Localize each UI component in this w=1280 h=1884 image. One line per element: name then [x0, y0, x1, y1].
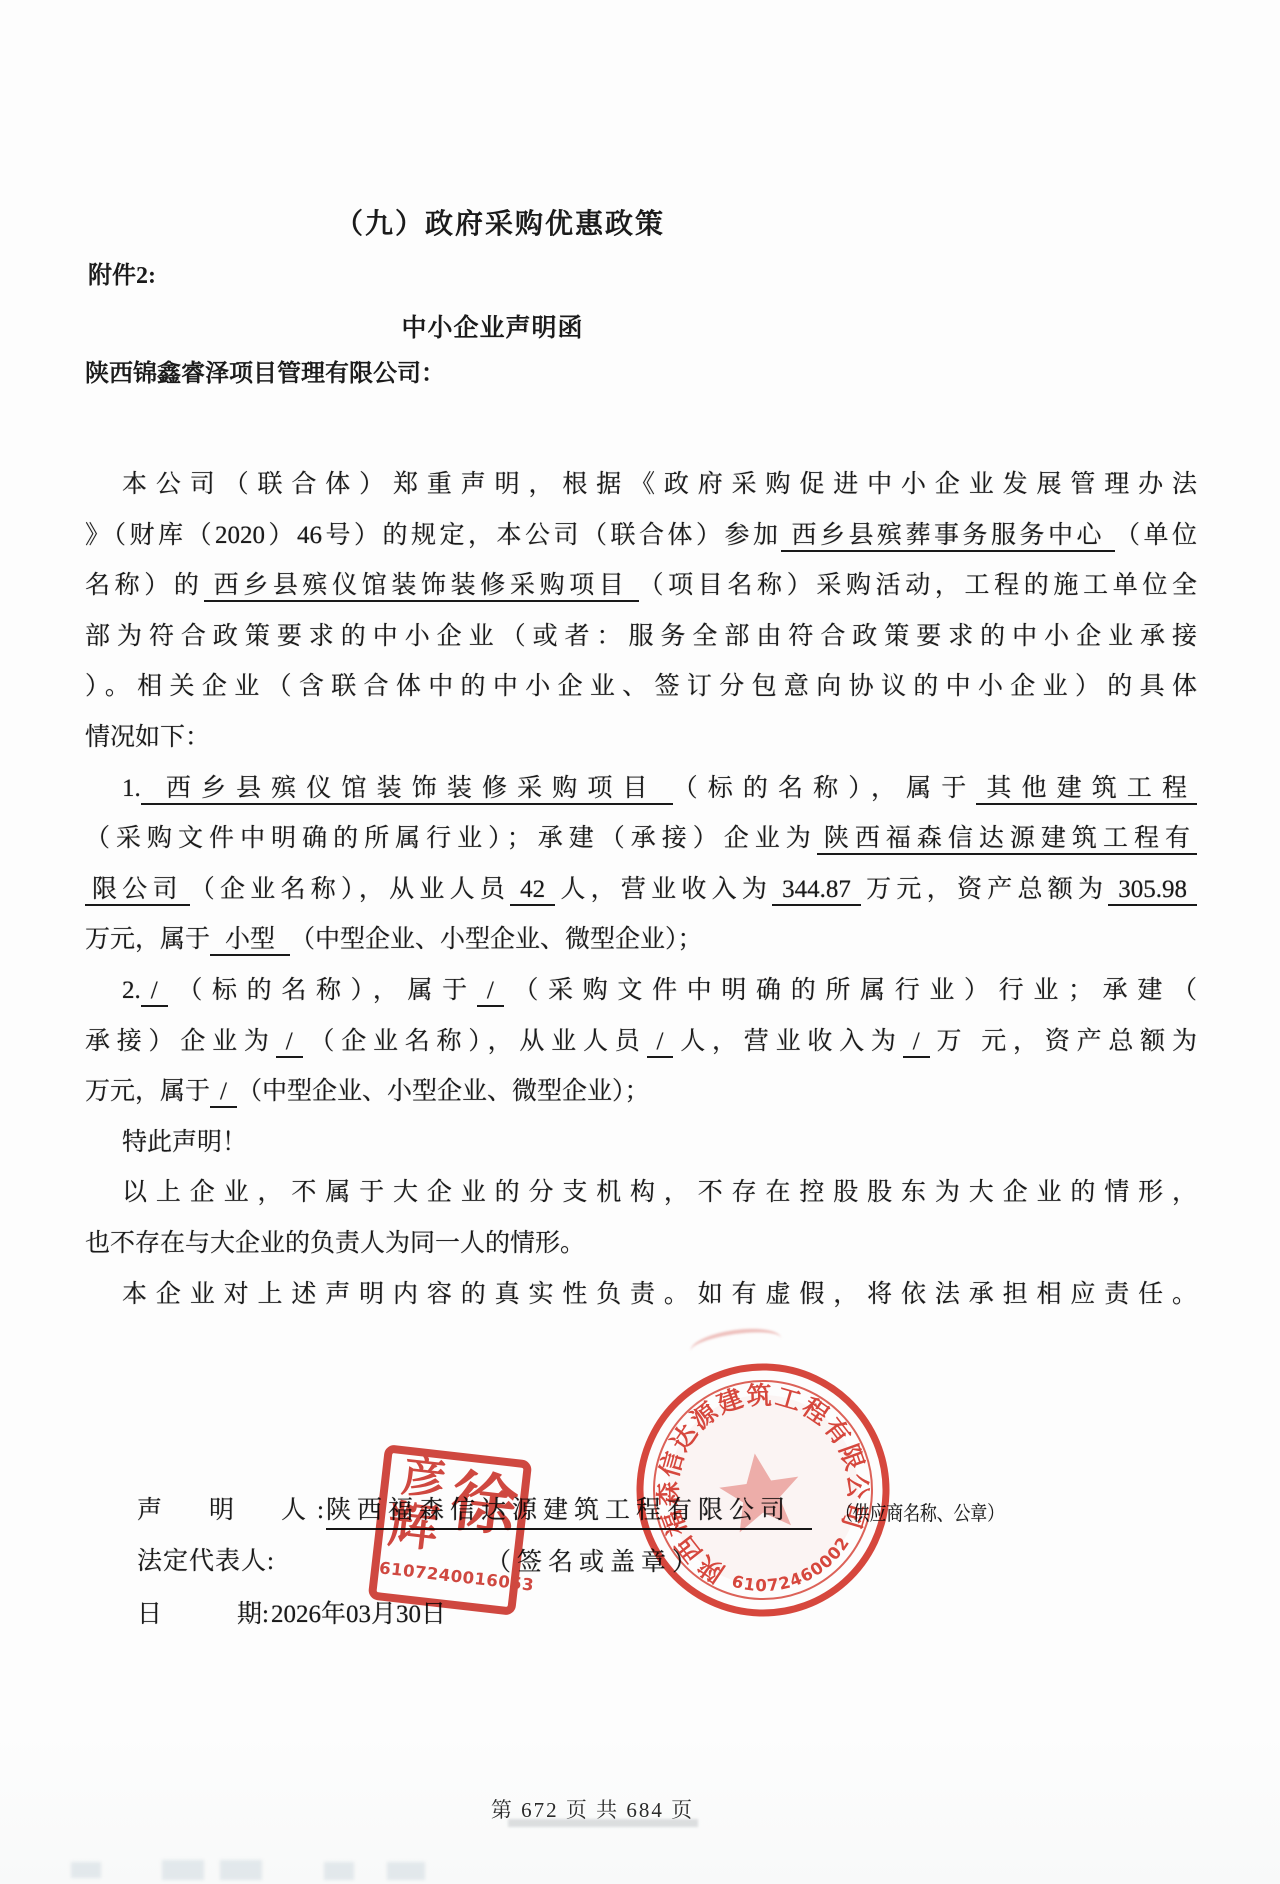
body-line: 限公司（企业名称），从业人员42人，营业收入为344.87万元，资产总额为305… [85, 865, 1197, 916]
body-line: 部为符合政策要求的中小企业（或者：服务全部由符合政策要求的中小企业承接 [85, 612, 1197, 663]
assets-field: 305.98 [1108, 876, 1197, 906]
body-line: 承接）企业为/（企业名称），从业人员/人，营业收入为/万 元，资产总额为 [85, 1017, 1197, 1068]
employees-field: 42 [510, 876, 555, 906]
industry-field-2: / [477, 977, 504, 1007]
seal-id-number: 6107240016053 [378, 1560, 511, 1591]
body-line: 本公司（联合体）郑重声明，根据《政府采购促进中小企业发展管理办法 [85, 460, 1197, 511]
scan-artifact [162, 1860, 204, 1880]
revenue-field-2: / [903, 1028, 930, 1058]
page-title: 中小企业声明函 [85, 308, 900, 344]
body-text: （企业名称），从业人员 [190, 876, 510, 903]
body-line: 本企业对上述声明内容的真实性负责。如有虚假，将依法承担相应责任。 [85, 1270, 1197, 1321]
body-text: （企业名称），从业人员 [303, 1028, 647, 1055]
declaration-body: 本公司（联合体）郑重声明，根据《政府采购促进中小企业发展管理办法 》（财库（20… [85, 460, 1197, 1320]
body-line: 名称）的西乡县殡仪馆装饰装修采购项目（项目名称）采购活动，工程的施工单位全 [85, 561, 1197, 612]
scan-artifact [324, 1862, 354, 1880]
subject-name-field: 西乡县殡仪馆装饰装修采购项目 [141, 775, 673, 805]
body-line: 情况如下： [85, 713, 1197, 764]
body-text: 也不存在与大企业的负责人为同一人的情形。 [85, 1230, 585, 1257]
body-text: 以上企业，不属于大企业的分支机构，不存在控股股东为大企业的情形， [122, 1179, 1197, 1206]
contractor-field: 陕西福森信达源建筑工程有 [817, 825, 1197, 855]
scan-artifact [71, 1862, 101, 1878]
project-name-field: 西乡县殡仪馆装饰装修采购项目 [204, 572, 639, 602]
seal-char: 彦 [399, 1454, 448, 1503]
body-text: 特此声明！ [122, 1129, 247, 1156]
body-line: 万元，属于/（中型企业、小型企业、微型企业）； [85, 1067, 1197, 1118]
legal-representative-label: 法定代表人: [137, 1541, 275, 1577]
body-text: 》（财库（2020）46号）的规定，本公司（联合体）参加 [85, 522, 781, 549]
body-text: 万元，属于 [85, 1078, 210, 1105]
body-line: 1.西乡县殡仪馆装饰装修采购项目（标的名称），属于其他建筑工程 [85, 764, 1197, 815]
body-line: 特此声明！ [85, 1118, 1197, 1169]
body-text: 人，营业收入为 [673, 1028, 902, 1055]
date-label: 日 [137, 1594, 162, 1630]
body-text: （中型企业、小型企业、微型企业）； [237, 1078, 650, 1105]
scanned-document-page: { "document": { "section_title": "（九）政府采… [0, 0, 1280, 1884]
body-line: （采购文件中明确的所属行业）；承建（承接）企业为陕西福森信达源建筑工程有 [85, 814, 1197, 865]
section-title: （九）政府采购优惠政策 [85, 202, 915, 242]
body-text: （中型企业、小型企业、微型企业）； [290, 926, 703, 953]
body-text: 部为符合政策要求的中小企业（或者：服务全部由符合政策要求的中小企业承接 [85, 623, 1197, 650]
subject-name-field-2: / [141, 977, 168, 1007]
body-line: 也不存在与大企业的负责人为同一人的情形。 [85, 1219, 1197, 1270]
body-text: ）。相关企业（含联合体中的中小企业、签订分包意向协议的中小企业）的具体 [85, 673, 1197, 700]
body-text: 万元，属于 [85, 926, 210, 953]
body-line: 》（财库（2020）46号）的规定，本公司（联合体）参加西乡县殡葬事务服务中心（… [85, 511, 1197, 562]
body-text: 万 元，资产总额为 [930, 1028, 1197, 1055]
body-line: 2./（标的名称），属于/（采购文件中明确的所属行业）行业；承建（ [85, 966, 1197, 1017]
body-text: 情况如下： [85, 724, 210, 751]
body-text: （标的名称），属于 [168, 977, 477, 1004]
body-text: 人，营业收入为 [555, 876, 772, 903]
body-line: 以上企业，不属于大企业的分支机构，不存在控股股东为大企业的情形， [85, 1168, 1197, 1219]
scan-artifact [387, 1862, 425, 1880]
addressee: 陕西锦鑫睿泽项目管理有限公司： [85, 353, 445, 388]
item-number: 2. [122, 977, 141, 1004]
body-text: 名称）的 [85, 572, 204, 599]
body-text: （标的名称），属于 [673, 775, 977, 802]
size-field: 小型 [210, 926, 290, 956]
body-text: 承接）企业为 [85, 1028, 276, 1055]
company-round-seal-stamp: 陕西福森信达源建筑工程有限公司 6107246000210 [627, 1354, 899, 1626]
date-label-colon: 期: [237, 1594, 269, 1630]
legal-rep-name-seal-stamp: 彦 辉 徐 6107240016053 [368, 1444, 533, 1616]
declarant-label: 声 明 人: [137, 1490, 335, 1526]
seal-char: 辉 [385, 1499, 440, 1554]
contractor-field-cont: 限公司 [85, 876, 190, 906]
employees-field-2: / [647, 1028, 674, 1058]
body-text: 本公司（联合体）郑重声明，根据《政府采购促进中小企业发展管理办法 [122, 471, 1197, 498]
body-line: ）。相关企业（含联合体中的中小企业、签订分包意向协议的中小企业）的具体 [85, 662, 1197, 713]
body-text: （采购文件中明确的所属行业）行业；承建（ [504, 977, 1197, 1004]
scan-artifact [220, 1860, 262, 1880]
contractor-field-2: / [276, 1028, 303, 1058]
size-field-2: / [210, 1078, 237, 1108]
body-text: （项目名称）采购活动，工程的施工单位全 [639, 572, 1197, 599]
body-text: （采购文件中明确的所属行业）；承建（承接）企业为 [85, 825, 817, 852]
revenue-field: 344.87 [772, 876, 861, 906]
body-text: （单位 [1115, 522, 1197, 549]
unit-name-field: 西乡县殡葬事务服务中心 [781, 522, 1115, 552]
body-line: 万元，属于小型（中型企业、小型企业、微型企业）； [85, 915, 1197, 966]
scan-bleedthrough-text [508, 1819, 698, 1827]
attachment-label: 附件2: [88, 255, 156, 290]
seal-char: 徐 [448, 1468, 521, 1541]
body-text: 本企业对上述声明内容的真实性负责。如有虚假，将依法承担相应责任。 [122, 1281, 1197, 1308]
industry-field: 其他建筑工程 [976, 775, 1197, 805]
body-text: 万元，资产总额为 [861, 876, 1108, 903]
item-number: 1. [122, 775, 141, 802]
